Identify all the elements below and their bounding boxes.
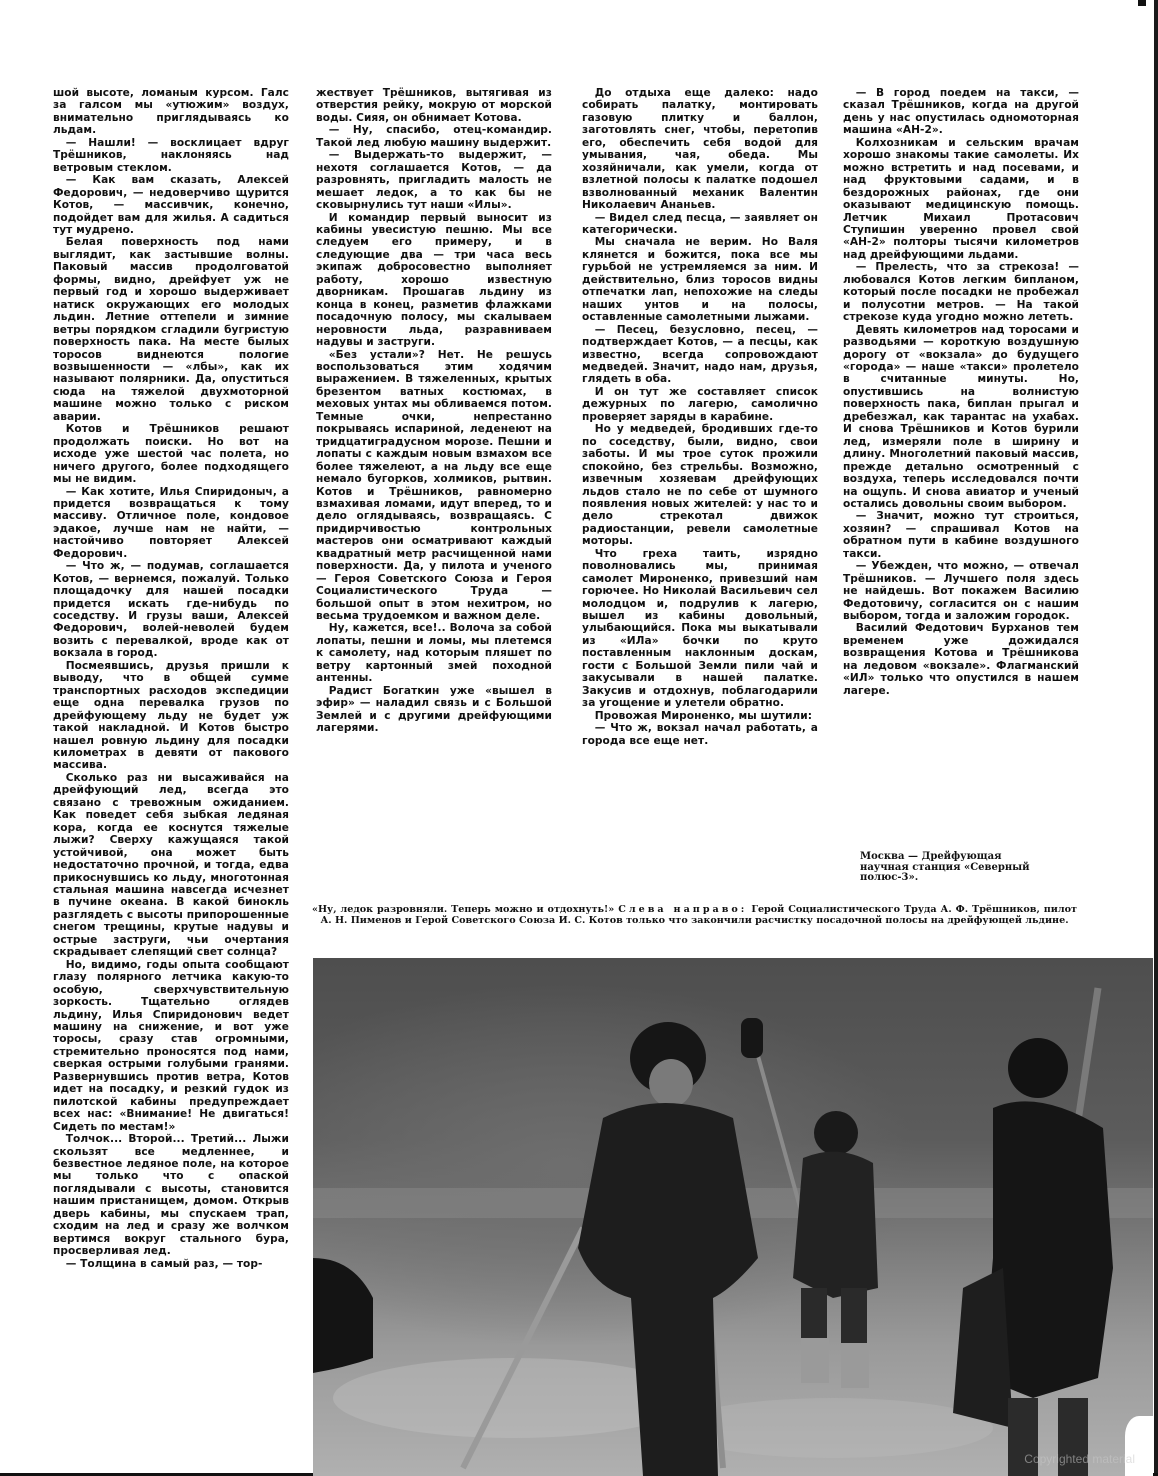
photo-figures-illustration [313,958,1153,1476]
paragraph: — Значит, можно тут строиться, хозяин? —… [843,510,1079,560]
paragraph: Колхозникам и сельским врачам хорошо зна… [843,137,1079,262]
article-dateline: Москва — Дрейфующая научная станция «Сев… [860,852,1060,884]
paragraph: — Что ж, — подумав, соглашается Котов, —… [53,560,289,660]
paragraph: — В город поедем на такси, — сказал Трёш… [843,87,1079,137]
paragraph: Девять километров над торосами и разводь… [843,324,1079,511]
paragraph: Мы сначала не верим. Но Валя клянется и … [582,236,818,323]
paragraph: Белая поверхность под нами выглядит, как… [53,236,289,423]
paragraph: Но у медведей, бродивших где-то по сосед… [582,423,818,548]
dateline-line: полюс-3». [860,873,1060,884]
dateline-line: Москва — Дрейфующая [860,852,1060,863]
paragraph: — Прелесть, что за стрекоза! — любовался… [843,261,1079,323]
paragraph: Котов и Трёшников решают продолжать поис… [53,423,289,485]
paragraph: Радист Богаткин уже «вышел в эфир» — нал… [316,685,552,735]
article-column-2: жествует Трёшников, вытягивая из отверст… [316,87,552,735]
paragraph: — Убежден, что можно, — отвечал Трёшнико… [843,560,1079,622]
paragraph: — Как вам сказать, Алексей Федорович, — … [53,174,289,236]
paragraph: Что греха таить, изрядно поволновались м… [582,548,818,710]
torn-corner [1125,1416,1153,1476]
paragraph: — Видел след песца, — заявляет он катего… [582,212,818,237]
copyright-watermark: Copyrighted material [1024,1452,1135,1466]
caption-quote: «Ну, ледок разровняли. Теперь можно и от… [312,904,614,915]
paragraph: «Без устали»? Нет. Не решусь воспользова… [316,349,552,623]
paragraph: Провожая Мироненко, мы шутили: [582,710,818,722]
caption-direction: Слева направо: [618,904,747,915]
paragraph: Но, видимо, годы опыта сообщают глазу по… [53,959,289,1133]
page-corner-mark [1138,0,1146,6]
paragraph: — Песец, безусловно, песец, — подтвержда… [582,324,818,386]
paragraph: шой высоте, ломаным курсом. Галс за галс… [53,87,289,137]
paragraph: жествует Трёшников, вытягивая из отверст… [316,87,552,124]
article-photo: Copyrighted material [313,958,1153,1476]
paragraph: — Нашли! — восклицает вдруг Трёшников, н… [53,137,289,174]
photo-caption: «Ну, ледок разровняли. Теперь можно и от… [312,905,1077,926]
paragraph: Посмеявшись, друзья пришли к выводу, что… [53,660,289,772]
paragraph: — Что ж, вокзал начал работать, а города… [582,722,818,747]
paragraph: Сколько раз ни высаживайся на дрейфующий… [53,772,289,959]
paragraph: — Как хотите, Илья Спиридоныч, а придетс… [53,486,289,561]
paragraph: Василий Федотович Бурханов тем временем … [843,622,1079,697]
paragraph: — Выдержать-то выдержит, — нехотя соглаш… [316,149,552,211]
paragraph: И он тут же составляет список дежурных п… [582,386,818,423]
article-column-4: — В город поедем на такси, — сказал Трёш… [843,87,1079,697]
paragraph: Толчок... Второй... Третий... Лыжи сколь… [53,1133,289,1258]
paragraph: — Толщина в самый раз, — тор- [53,1258,289,1270]
article-column-1: шой высоте, ломаным курсом. Галс за галс… [53,87,289,1270]
scan-edge-right [1154,0,1158,1476]
article-column-3: До отдыха еще далеко: надо собирать пала… [582,87,818,747]
paragraph: И командир первый выносит из кабины увес… [316,212,552,349]
paragraph: — Ну, спасибо, отец-командир. Такой лед … [316,124,552,149]
paragraph: Ну, кажется, все!.. Волоча за собой лопа… [316,622,552,684]
paragraph: До отдыха еще далеко: надо собирать пала… [582,87,818,212]
